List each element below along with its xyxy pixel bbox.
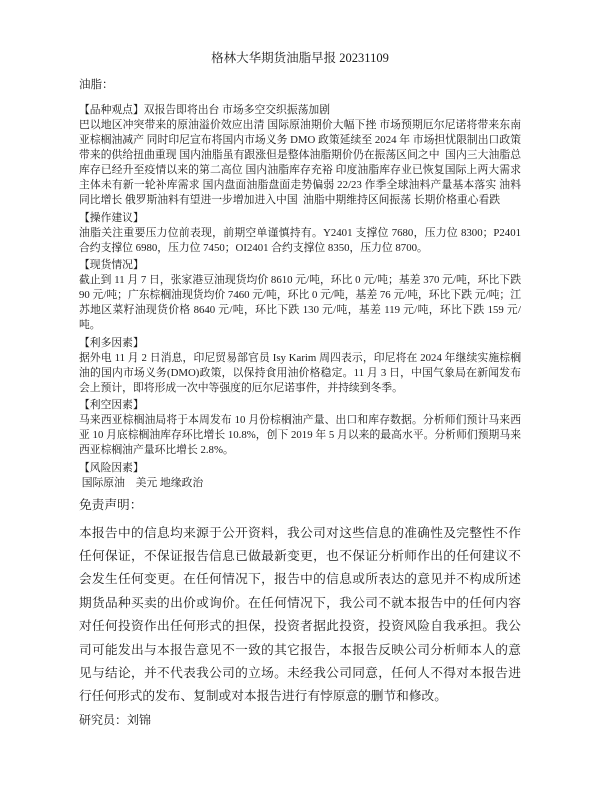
section-variety-view: 【品种观点】双报告即将出台 市场多空交织振荡加剧 巴以地区冲突带来的原油溢价效应… — [79, 103, 521, 208]
section-bullish-factors: 【利多因素】 据外电 11 月 2 日消息，印尼贸易部官员 Isy Karim … — [79, 336, 521, 396]
section-body: 国际原油 美元 地缘政治 — [79, 476, 521, 491]
section-heading: 【品种观点】 — [79, 104, 144, 116]
researcher-line: 研究员：刘锦 — [79, 712, 521, 728]
report-page: 格林大华期货油脂早报 20231109 油脂： 【品种观点】双报告即将出台 市场… — [0, 0, 600, 800]
section-subtitle: 双报告即将出台 市场多空交织振荡加剧 — [144, 104, 330, 116]
section-body: 据外电 11 月 2 日消息，印尼贸易部官员 Isy Karim 周四表示，印尼… — [79, 351, 521, 396]
section-heading: 【利多因素】 — [79, 336, 521, 351]
section-body: 截止到 11 月 7 日，张家港豆油现货均价 8610 元/吨，环比 0 元/吨… — [79, 273, 521, 333]
section-operation-advice: 【操作建议】 油脂关注重要压力位前表现，前期空单谨慎持有。Y2401 支撑位 7… — [79, 211, 521, 256]
category-label: 油脂： — [79, 78, 521, 93]
section-heading: 【风险因素】 — [79, 461, 521, 476]
section-heading: 【操作建议】 — [79, 211, 521, 226]
section-heading-line: 【品种观点】双报告即将出台 市场多空交织振荡加剧 — [79, 103, 521, 118]
section-risk-factors: 【风险因素】 国际原油 美元 地缘政治 — [79, 461, 521, 491]
section-bearish-factors: 【利空因素】 马来西亚棕榈油局将于本周发布 10 月份棕榈油产量、出口和库存数据… — [79, 398, 521, 458]
section-heading: 【现货情况】 — [79, 258, 521, 273]
section-body: 马来西亚棕榈油局将于本周发布 10 月份棕榈油产量、出口和库存数据。分析师们预计… — [79, 413, 521, 458]
report-content: 【品种观点】双报告即将出台 市场多空交织振荡加剧 巴以地区冲突带来的原油溢价效应… — [79, 103, 521, 491]
section-spot-market: 【现货情况】 截止到 11 月 7 日，张家港豆油现货均价 8610 元/吨，环… — [79, 258, 521, 333]
report-title: 格林大华期货油脂早报 20231109 — [79, 51, 521, 66]
section-heading: 【利空因素】 — [79, 398, 521, 413]
section-body: 巴以地区冲突带来的原油溢价效应出清 国际原油期价大幅下挫 市场预期厄尔尼诺将带来… — [79, 118, 521, 208]
section-body: 油脂关注重要压力位前表现，前期空单谨慎持有。Y2401 支撑位 7680，压力位… — [79, 226, 521, 256]
disclaimer-heading: 免责声明： — [79, 497, 521, 514]
disclaimer-body: 本报告中的信息均来源于公开资料，我公司对这些信息的准确性及完整性不作任何保证，不… — [79, 522, 521, 709]
